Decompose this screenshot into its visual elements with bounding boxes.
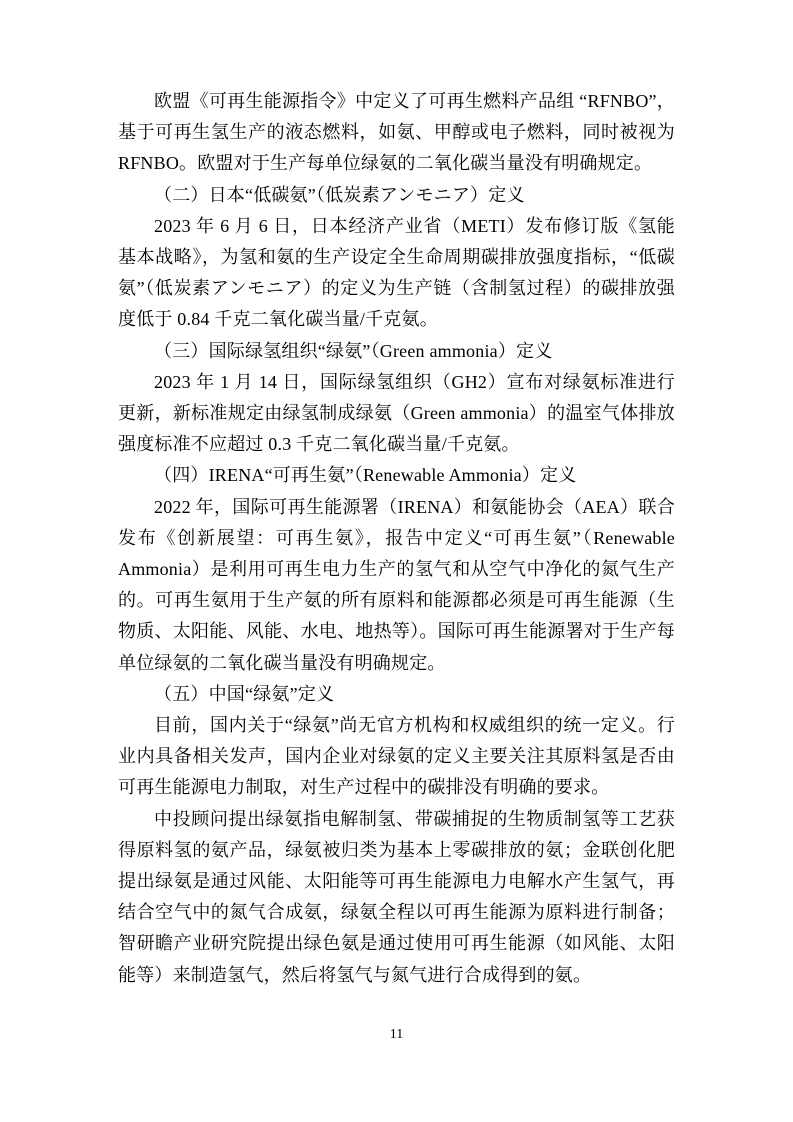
- page-body-text: 欧盟《可再生能源指令》中定义了可再生燃料产品组 “RFNBO”，基于可再生氢生产…: [118, 86, 675, 991]
- document-page: 欧盟《可再生能源指令》中定义了可再生燃料产品组 “RFNBO”，基于可再生氢生产…: [0, 0, 793, 1122]
- paragraph-gh2-standard: 2023 年 1 月 14 日，国际绿氢组织（GH2）宣布对绿氨标准进行更新，新…: [118, 367, 675, 461]
- paragraph-eu-rfnbo: 欧盟《可再生能源指令》中定义了可再生燃料产品组 “RFNBO”，基于可再生氢生产…: [118, 86, 675, 180]
- paragraph-japan-meti: 2023 年 6 月 6 日，日本经济产业省（METI）发布修订版《氢能基本战略…: [118, 211, 675, 336]
- paragraph-china-status: 目前，国内关于“绿氨”尚无官方机构和权威组织的统一定义。行业内具备相关发声，国内…: [118, 710, 675, 804]
- section-heading-gh2: （三）国际绿氢组织“绿氨”（Green ammonia）定义: [118, 336, 675, 367]
- paragraph-china-companies: 中投顾问提出绿氨指电解制氢、带碳捕捉的生物质制氢等工艺获得原料氢的氨产品，绿氨被…: [118, 804, 675, 991]
- paragraph-irena-aea: 2022 年，国际可再生能源署（IRENA）和氨能协会（AEA）联合发布《创新展…: [118, 492, 675, 679]
- section-heading-china: （五）中国“绿氨”定义: [118, 679, 675, 710]
- page-number: 11: [0, 1026, 793, 1044]
- section-heading-irena: （四）IRENA“可再生氨”（Renewable Ammonia）定义: [118, 460, 675, 491]
- section-heading-japan: （二）日本“低碳氨”（低炭素アンモニア）定义: [118, 180, 675, 211]
